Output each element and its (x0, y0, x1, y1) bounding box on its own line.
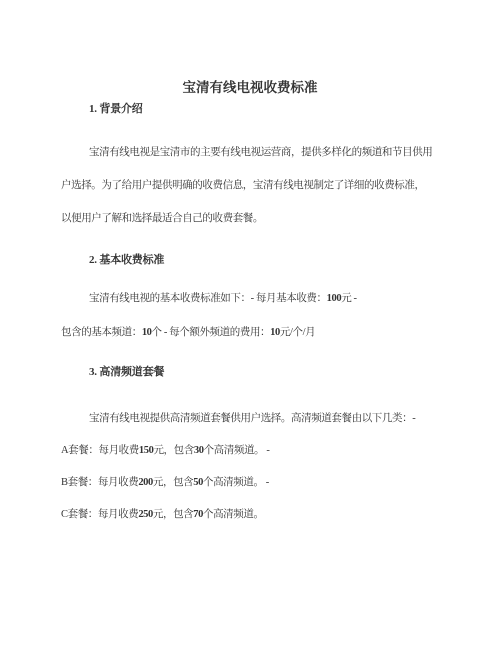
section3-plan-b-line: B套餐：每月收费200元，包含50个高清频道。 - (61, 476, 269, 489)
document-title: 宝清有线电视收费标准 (0, 81, 500, 94)
section2-channels-fee-line: 包含的基本频道：10个 - 每个额外频道的费用：10元/个/月 (61, 326, 315, 339)
section3-plan-a-line: A套餐：每月收费150元，包含30个高清频道。 - (61, 444, 269, 457)
section3-heading: 3. 高清频道套餐 (89, 366, 164, 379)
document-page: 宝清有线电视收费标准 1. 背景介绍 宝清有线电视是宝清市的主要有线电视运营商，… (0, 0, 500, 647)
section3-plan-c-line: C套餐：每月收费250元，包含70个高清频道。 (61, 508, 264, 521)
section1-paragraph-line1: 宝清有线电视是宝清市的主要有线电视运营商，提供多样化的频道和节目供用 (89, 146, 432, 159)
section1-paragraph-line3: 以便用户了解和选择最适合自己的收费套餐。 (61, 212, 263, 225)
section3-intro-line: 宝清有线电视提供高清频道套餐供用户选择。高清频道套餐由以下几类：- (89, 412, 415, 425)
section1-paragraph-line2: 户选择。为了给用户提供明确的收费信息，宝清有线电视制定了详细的收费标准， (61, 179, 425, 192)
section2-basic-fee-line: 宝清有线电视的基本收费标准如下：- 每月基本收费：100元 - (89, 292, 357, 305)
section1-heading: 1. 背景介绍 (89, 103, 143, 116)
section2-heading: 2. 基本收费标准 (89, 254, 164, 267)
